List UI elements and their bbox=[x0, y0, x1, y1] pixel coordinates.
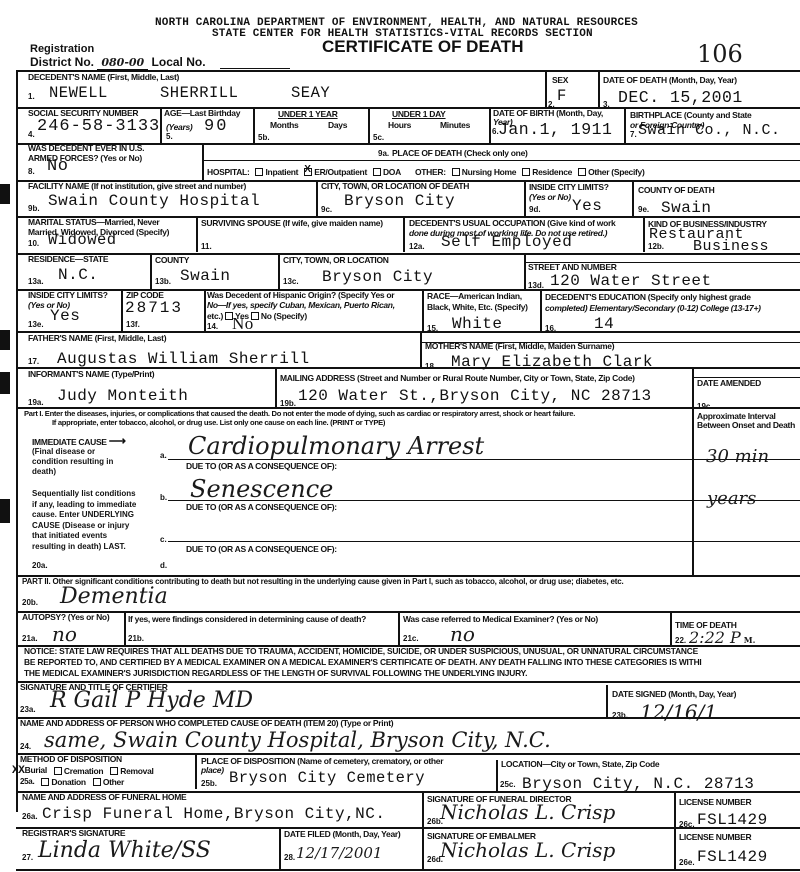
decedent-name-label: DECEDENT'S NAME (First, Middle, Last) bbox=[28, 72, 179, 82]
other-label: OTHER: bbox=[415, 167, 446, 177]
cause-line-a-value[interactable]: Cardiopulmonary Arrest bbox=[188, 432, 484, 460]
ssn-value[interactable]: 246-58-3133 bbox=[37, 117, 160, 136]
county-of-death-value[interactable]: Swain bbox=[661, 199, 712, 217]
district-value[interactable]: 080-00 bbox=[97, 56, 148, 70]
binding-tab bbox=[0, 330, 10, 350]
days-label: Days bbox=[328, 120, 347, 130]
cremation-option[interactable]: Cremation bbox=[54, 766, 103, 776]
line-letter: b. bbox=[160, 493, 167, 502]
line-letter: d. bbox=[160, 561, 167, 570]
item-number: 25a. bbox=[20, 777, 34, 787]
embalmer-signature[interactable]: Nicholas L. Crisp bbox=[440, 838, 615, 862]
immediate-cause-label: IMMEDIATE CAUSE ⟶ bbox=[32, 436, 126, 447]
registrar-signature[interactable]: Linda White/SS bbox=[38, 838, 211, 863]
license-number-2-value[interactable]: FSL1429 bbox=[697, 848, 768, 866]
donation-option[interactable]: Donation bbox=[41, 777, 85, 787]
location-label: LOCATION—City or Town, State, Zip Code bbox=[501, 759, 659, 769]
residence-inside-limits-label: INSIDE CITY LIMITS? bbox=[28, 290, 108, 300]
item-number: 11. bbox=[201, 242, 212, 251]
item-number: 9b. bbox=[28, 204, 40, 213]
county-of-death-label: COUNTY OF DEATH bbox=[638, 185, 714, 195]
item-number: 13b. bbox=[155, 277, 171, 286]
place-of-death-options: HOSPITAL: Inpatient XER/Outpatient DOA O… bbox=[207, 167, 645, 177]
item-number: 9d. bbox=[529, 205, 541, 214]
due-to-label: DUE TO (OR AS A CONSEQUENCE OF): bbox=[186, 544, 337, 554]
decedent-first-name[interactable]: NEWELL bbox=[49, 84, 108, 102]
checkbox[interactable] bbox=[373, 168, 381, 176]
item-number: 7. bbox=[630, 130, 637, 139]
nursing-home-option[interactable]: Nursing Home bbox=[452, 167, 517, 177]
education-label-2: completed) Elementary/Secondary (0-12) C… bbox=[545, 303, 761, 313]
cause-line-a-interval[interactable]: 30 min bbox=[706, 446, 769, 467]
checkbox[interactable] bbox=[578, 168, 586, 176]
cause-line-b-value[interactable]: Senescence bbox=[190, 475, 333, 503]
line-letter: c. bbox=[160, 535, 167, 544]
item-number: 4. bbox=[28, 130, 35, 139]
interval-label: Approximate Interval Between Onset and D… bbox=[697, 412, 797, 430]
inside-city-limits-value[interactable]: Yes bbox=[572, 197, 602, 215]
sex-label: SEX bbox=[552, 75, 568, 85]
part1-instructions-2: If appropriate, enter tobacco, alcohol, … bbox=[52, 418, 385, 427]
item-number: 5c. bbox=[373, 133, 384, 142]
item-number: 1. bbox=[28, 92, 35, 101]
age-years-label: (Years) bbox=[166, 122, 192, 132]
item-number: 8. bbox=[28, 167, 35, 176]
due-to-label: DUE TO (OR AS A CONSEQUENCE OF): bbox=[186, 502, 337, 512]
residence-state-value[interactable]: N.C. bbox=[58, 266, 98, 284]
under-1-year-label: UNDER 1 YEAR bbox=[278, 109, 338, 119]
checkbox[interactable] bbox=[255, 168, 263, 176]
item-number: 12b. bbox=[648, 242, 664, 251]
item-number: 5b. bbox=[258, 133, 270, 142]
item-number: 21a. bbox=[22, 634, 38, 643]
residence-county-label: COUNTY bbox=[155, 255, 189, 265]
checkbox[interactable] bbox=[522, 168, 530, 176]
item-number: 22. bbox=[675, 636, 686, 645]
marital-status-label: MARITAL STATUS—Married, Never bbox=[28, 217, 159, 227]
burial-checkmark: XX bbox=[12, 765, 25, 777]
inside-city-limits-label-2: (Yes or No) bbox=[529, 192, 571, 202]
mother-name-label: MOTHER'S NAME (First, Middle, Maiden Sur… bbox=[425, 341, 614, 351]
months-label: Months bbox=[270, 120, 298, 130]
inpatient-option[interactable]: Inpatient bbox=[255, 167, 298, 177]
armed-forces-label-2: ARMED FORCES? (Yes or No) bbox=[28, 153, 142, 163]
armed-forces-value[interactable]: No bbox=[47, 157, 68, 176]
local-label: Local No. bbox=[152, 55, 206, 69]
other-specify-option[interactable]: Other (Specify) bbox=[578, 167, 644, 177]
item-number: 23a. bbox=[20, 705, 36, 714]
sequential-instructions: Sequentially list conditions if any, lea… bbox=[32, 489, 140, 552]
father-name-label: FATHER'S NAME (First, Middle, Last) bbox=[28, 333, 166, 343]
residence-county-value[interactable]: Swain bbox=[180, 267, 231, 285]
street-value[interactable]: 120 Water Street bbox=[550, 272, 712, 290]
occupation-value[interactable]: Self Employed bbox=[441, 233, 572, 251]
part1-instructions: Part I. Enter the diseases, injuries, or… bbox=[24, 409, 575, 418]
item-number: 25c. bbox=[500, 780, 516, 789]
place-of-disposition-label-2: place) bbox=[201, 765, 224, 775]
autopsy-value[interactable]: no bbox=[52, 622, 77, 646]
autopsy-label: AUTOPSY? (Yes or No) bbox=[22, 612, 109, 622]
checkbox[interactable] bbox=[41, 778, 49, 786]
race-label-2: Black, White, Etc. (Specify) bbox=[427, 302, 528, 312]
registrar-signature-label: REGISTRAR'S SIGNATURE bbox=[22, 828, 125, 838]
item-number: 20a. bbox=[32, 561, 48, 570]
disposition-options-row1: XXBurial Cremation Removal bbox=[12, 765, 154, 776]
disposition-options-row2: 25a. Donation Other bbox=[20, 777, 124, 787]
surviving-spouse-label: SURVIVING SPOUSE (If wife, give maiden n… bbox=[201, 218, 383, 228]
father-name-value[interactable]: Augustas William Sherrill bbox=[57, 350, 310, 368]
race-label: RACE—American Indian, bbox=[427, 291, 522, 301]
age-value[interactable]: 90 bbox=[204, 117, 228, 136]
occupation-label: DECEDENT'S USUAL OCCUPATION (Give kind o… bbox=[409, 218, 615, 228]
item-number: 27. bbox=[22, 853, 33, 862]
item-number: 5. bbox=[166, 132, 173, 141]
date-amended-label: DATE AMENDED bbox=[697, 378, 761, 388]
notice-line-3: THE MEDICAL EXAMINER'S JURISDICTION REGA… bbox=[24, 668, 527, 679]
education-label: DECEDENT'S EDUCATION (Specify only highe… bbox=[545, 292, 751, 302]
burial-option[interactable]: XXBurial bbox=[12, 765, 47, 776]
marital-status-value[interactable]: Widowed bbox=[48, 231, 117, 249]
er-outpatient-option[interactable]: XER/Outpatient bbox=[304, 167, 367, 177]
district-row: District No. 080-00 Local No. bbox=[30, 55, 206, 69]
minutes-label: Minutes bbox=[440, 120, 470, 130]
registration-label: Registration bbox=[30, 43, 94, 55]
residence-option[interactable]: Residence bbox=[522, 167, 572, 177]
binding-tab bbox=[0, 499, 10, 523]
zip-value[interactable]: 28713 bbox=[125, 299, 183, 317]
place-of-disposition-value[interactable]: Bryson City Cemetery bbox=[229, 769, 425, 787]
armed-forces-label: WAS DECEDENT EVER IN U.S. bbox=[28, 143, 144, 153]
residence-inside-limits-value[interactable]: Yes bbox=[50, 307, 80, 325]
checkbox[interactable] bbox=[93, 778, 101, 786]
due-to-label: DUE TO (OR AS A CONSEQUENCE OF): bbox=[186, 461, 337, 471]
item-number: 21c. bbox=[403, 634, 419, 643]
item-number: 13c. bbox=[283, 277, 299, 286]
date-signed-label: DATE SIGNED (Month, Day, Year) bbox=[612, 689, 736, 699]
date-of-death-label: DATE OF DEATH (Month, Day, Year) bbox=[603, 75, 737, 85]
facility-name-value[interactable]: Swain County Hospital bbox=[48, 192, 260, 210]
item-number: 26e. bbox=[679, 858, 695, 867]
item-number: 20b. bbox=[22, 598, 38, 607]
date-of-birth-value[interactable]: Jan.1, 1911 bbox=[498, 120, 612, 139]
place-of-disposition-label: PLACE OF DISPOSITION (Name of cemetery, … bbox=[201, 756, 443, 766]
date-filed-label: DATE FILED (Month, Day, Year) bbox=[284, 829, 400, 839]
medical-examiner-value[interactable]: no bbox=[450, 622, 475, 646]
informant-address-label: MAILING ADDRESS (Street and Number or Ru… bbox=[280, 373, 635, 383]
hispanic-label-2: No—If yes, specify Cuban, Mexican, Puert… bbox=[207, 300, 395, 310]
hospital-label: HOSPITAL: bbox=[207, 167, 249, 177]
disposition-method-label: METHOD OF DISPOSITION bbox=[20, 754, 122, 764]
medical-examiner-label: Was case referred to Medical Examiner? (… bbox=[403, 614, 598, 624]
binding-tab bbox=[0, 184, 10, 204]
checkbox[interactable] bbox=[54, 767, 62, 775]
street-label: STREET AND NUMBER bbox=[528, 262, 617, 272]
line-letter: a. bbox=[160, 451, 167, 460]
city-of-death-value[interactable]: Bryson City bbox=[344, 192, 455, 210]
certificate-title: CERTIFICATE OF DEATH bbox=[322, 37, 523, 57]
item-number: 17. bbox=[28, 357, 39, 366]
age-label: AGE—Last Birthday bbox=[164, 108, 240, 118]
cause-line-b-interval[interactable]: years bbox=[707, 488, 756, 509]
hispanic-no-option[interactable]: No (Specify) bbox=[251, 311, 307, 321]
item-number: 19a. bbox=[28, 398, 44, 407]
binding-tab bbox=[0, 372, 10, 394]
facility-name-label: FACILITY NAME (If not institution, give … bbox=[28, 181, 246, 191]
completer-value[interactable]: same, Swain County Hospital, Bryson City… bbox=[44, 728, 551, 752]
residence-city-label: CITY, TOWN, OR LOCATION bbox=[283, 255, 389, 265]
checkbox-checked[interactable]: X bbox=[304, 168, 312, 176]
city-of-death-label: CITY, TOWN, OR LOCATION OF DEATH bbox=[321, 181, 469, 191]
informant-name-label: INFORMANT'S NAME (Type/Print) bbox=[28, 369, 154, 379]
item-number: 14. bbox=[207, 322, 218, 331]
hours-label: Hours bbox=[388, 120, 411, 130]
license-number-label: LICENSE NUMBER bbox=[679, 797, 751, 807]
item-number: 26a. bbox=[22, 812, 38, 821]
notice-line-2: BE REPORTED TO, AND CERTIFIED BY A MEDIC… bbox=[24, 657, 702, 668]
doa-option[interactable]: DOA bbox=[373, 167, 401, 177]
funeral-director-signature[interactable]: Nicholas L. Crisp bbox=[440, 800, 615, 824]
item-number: 25b. bbox=[201, 779, 217, 788]
item-number: 21b. bbox=[128, 634, 144, 643]
item-number: 24. bbox=[20, 742, 31, 751]
hispanic-options: etc.) Yes No (Specify) bbox=[207, 311, 307, 321]
funeral-home-value[interactable]: Crisp Funeral Home,Bryson City,NC. bbox=[42, 805, 385, 823]
other-disposition-option[interactable]: Other bbox=[93, 777, 124, 787]
checkbox[interactable] bbox=[110, 767, 118, 775]
item-number: 9a. bbox=[378, 149, 389, 158]
item-number: 12a. bbox=[409, 242, 425, 251]
removal-option[interactable]: Removal bbox=[110, 766, 153, 776]
hispanic-label: Was Decedent of Hispanic Origin? (Specif… bbox=[207, 290, 394, 300]
item-number: 9c. bbox=[321, 205, 332, 214]
birthplace-label: BIRTHPLACE (County and State bbox=[630, 110, 751, 120]
date-of-death-value[interactable]: DEC. 15,2001 bbox=[618, 88, 743, 107]
date-signed-value[interactable]: 12/16/1 bbox=[640, 700, 717, 724]
item-number: 9e. bbox=[638, 205, 649, 214]
item-number: 13f. bbox=[126, 320, 140, 329]
informant-address-value[interactable]: 120 Water St.,Bryson City, NC 28713 bbox=[298, 387, 652, 405]
birthplace-value[interactable]: Swain Co., N.C. bbox=[638, 122, 781, 139]
informant-name-value[interactable]: Judy Monteith bbox=[57, 387, 188, 405]
funeral-home-label: NAME AND ADDRESS OF FUNERAL HOME bbox=[22, 792, 186, 802]
residence-city-value[interactable]: Bryson City bbox=[322, 268, 433, 286]
decedent-middle-name[interactable]: SHERRILL bbox=[160, 84, 238, 102]
decedent-last-name[interactable]: SEAY bbox=[291, 84, 330, 102]
district-label: District No. bbox=[30, 55, 94, 69]
findings-label: If yes, were findings considered in dete… bbox=[128, 614, 366, 624]
item-number: 13a. bbox=[28, 277, 44, 286]
item-number: 10. bbox=[28, 239, 39, 248]
date-filed-value[interactable]: 12/17/2001 bbox=[296, 844, 382, 862]
item-number: 13e. bbox=[28, 320, 44, 329]
under-1-day-label: UNDER 1 DAY bbox=[392, 109, 446, 119]
place-of-death-label: PLACE OF DEATH (Check only one) bbox=[392, 148, 528, 158]
item-number: 28. bbox=[284, 853, 295, 862]
checkbox[interactable] bbox=[452, 168, 460, 176]
inside-city-limits-label: INSIDE CITY LIMITS? bbox=[529, 182, 609, 192]
sex-value[interactable]: F bbox=[557, 87, 567, 105]
business-value-line2[interactable]: Business bbox=[693, 240, 769, 253]
certifier-signature[interactable]: R Gail P Hyde MD bbox=[50, 688, 253, 713]
page-number: 106 bbox=[697, 40, 743, 68]
residence-state-label: RESIDENCE—STATE bbox=[28, 254, 108, 264]
immediate-cause-sub: (Final disease or condition resulting in… bbox=[32, 447, 132, 477]
arrow-right-icon: ⟶ bbox=[109, 434, 126, 448]
license-number-2-label: LICENSE NUMBER bbox=[679, 832, 751, 842]
part2-value[interactable]: Dementia bbox=[60, 584, 168, 609]
notice-line-1: NOTICE: STATE LAW REQUIRES THAT ALL DEAT… bbox=[24, 646, 698, 657]
completer-label: NAME AND ADDRESS OF PERSON WHO COMPLETED… bbox=[20, 718, 393, 728]
